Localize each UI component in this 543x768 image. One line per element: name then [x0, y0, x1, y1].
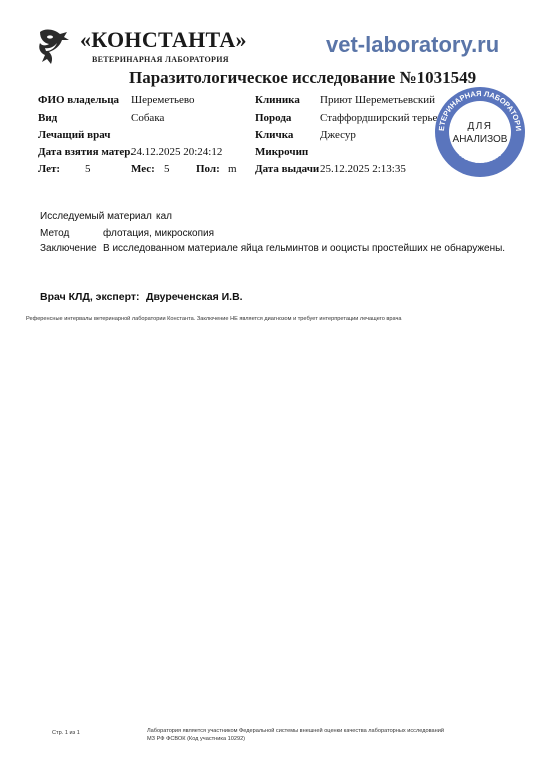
breed-label: Порода	[255, 112, 291, 124]
sex-label: Пол:	[196, 163, 220, 175]
disclaimer: Референсные интервалы ветеринарной лабор…	[26, 316, 401, 322]
years-value: 5	[85, 163, 91, 175]
brand-subtitle: ВЕТЕРИНАРНАЯ ЛАБОРАТОРИЯ	[92, 55, 229, 64]
years-label: Лет:	[38, 163, 60, 175]
species-label: Вид	[38, 112, 57, 124]
website-link[interactable]: vet-laboratory.ru	[326, 32, 499, 58]
page-number: Стр. 1 из 1	[52, 730, 80, 736]
laboratory-stamp: ВЕТЕРИНАРНАЯ ЛАБОРАТОРИЯ КОНСТАНТА ДЛЯ А…	[430, 82, 530, 182]
material-value: кал	[156, 211, 172, 222]
material-label: Исследуемый материал	[40, 211, 152, 222]
conclusion-label: Заключение	[40, 243, 97, 254]
clinic-label: Клиника	[255, 94, 300, 106]
document-title: Паразитологическое исследование №1031549	[129, 68, 476, 88]
method-label: Метод	[40, 228, 69, 239]
breed-value: Стаффордширский терьер	[320, 112, 443, 124]
sample-date-value: 24.12.2025 20:24:12	[131, 146, 222, 158]
months-value: 5	[164, 163, 170, 175]
species-value: Собака	[131, 112, 164, 124]
brand-name: «КОНСТАНТА»	[80, 27, 247, 53]
conclusion-value: В исследованном материале яйца гельминто…	[103, 243, 505, 254]
pet-name-label: Кличка	[255, 129, 293, 141]
attending-doctor-label: Лечащий врач	[38, 129, 110, 141]
pet-name-value: Джесур	[320, 129, 356, 141]
stamp-center-line1: ДЛЯ	[467, 121, 492, 132]
microchip-label: Микрочип	[255, 146, 308, 158]
expert-name: Двуреченская И.В.	[146, 291, 243, 303]
clinic-value: Приют Шереметьевский	[320, 94, 435, 106]
sex-value: m	[228, 163, 237, 175]
orca-icon	[36, 26, 70, 66]
method-value: флотация, микроскопия	[103, 228, 214, 239]
months-label: Мес:	[131, 163, 155, 175]
footer-note: Лаборатория является участником Федераль…	[147, 727, 447, 743]
sample-date-label: Дата взятия матер.	[38, 146, 133, 158]
issue-date-value: 25.12.2025 2:13:35	[320, 163, 406, 175]
expert-label: Врач КЛД, эксперт:	[40, 291, 140, 303]
stamp-center-line2: АНАЛИЗОВ	[453, 134, 508, 145]
owner-label: ФИО владельца	[38, 94, 119, 106]
owner-value: Шереметьево	[131, 94, 195, 106]
issue-date-label: Дата выдачи	[255, 163, 319, 175]
